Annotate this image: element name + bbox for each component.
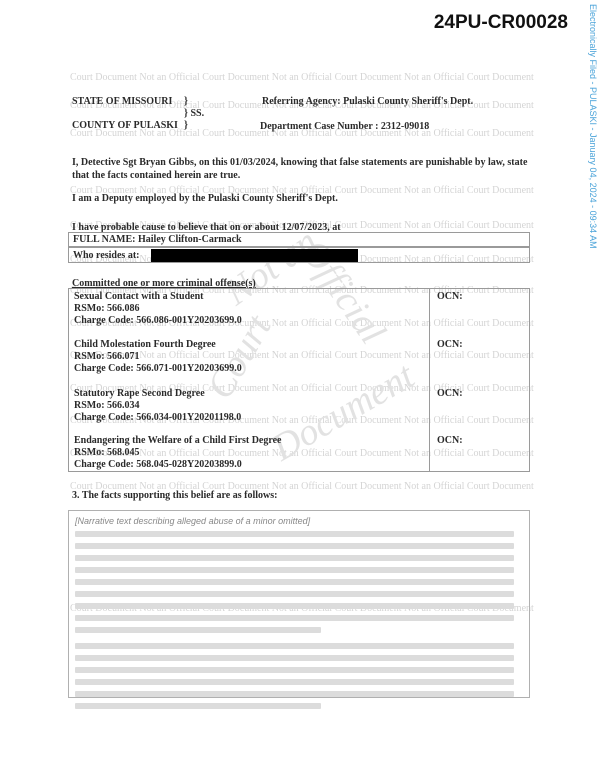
- referring-agency: Referring Agency: Pulaski County Sheriff…: [262, 96, 473, 107]
- charge-code: Charge Code: 566.071-001Y20203699.0: [74, 363, 424, 375]
- placeholder-line: [75, 655, 514, 661]
- column-divider: [429, 289, 430, 471]
- charge-title: Endangering the Welfare of a Child First…: [74, 435, 424, 447]
- full-name-row: FULL NAME: Hailey Clifton-Carmack: [68, 232, 530, 247]
- placeholder-line: [75, 531, 514, 537]
- placeholder-line: [75, 679, 514, 685]
- resides-label: Who resides at:: [73, 250, 139, 261]
- charge-title: Sexual Contact with a Student: [74, 291, 424, 303]
- placeholder-line: [75, 615, 514, 621]
- caption-bracket: }: [184, 96, 188, 107]
- charges-table: Sexual Contact with a Student RSMo: 566.…: [68, 288, 530, 472]
- efile-stamp: Electronically Filed - PULASKI - January…: [584, 4, 598, 276]
- charge-code: Charge Code: 566.034-001Y20201198.0: [74, 412, 424, 424]
- narrative-omitted-note: [Narrative text describing alleged abuse…: [75, 516, 523, 526]
- caption-bracket: }: [184, 120, 188, 131]
- redaction-bar: [151, 249, 358, 262]
- placeholder-line: [75, 627, 321, 633]
- ocn-label: OCN:: [437, 435, 463, 446]
- ocn-label: OCN:: [437, 339, 463, 350]
- charge-code: Charge Code: 566.086-001Y20203699.0: [74, 315, 424, 327]
- charge-rsmo: RSMo: 568.045: [74, 447, 424, 459]
- charge-rsmo: RSMo: 566.071: [74, 351, 424, 363]
- watermark-row: Court Document Not an Official Court Doc…: [70, 72, 540, 83]
- narrative-placeholder: [75, 531, 523, 709]
- case-number: 24PU-CR00028: [434, 12, 568, 34]
- placeholder-line: [75, 591, 514, 597]
- placeholder-line: [75, 667, 514, 673]
- placeholder-line: [75, 643, 514, 649]
- narrative-paragraph-placeholder: [75, 643, 523, 709]
- charge-code: Charge Code: 568.045-028Y20203899.0: [74, 459, 424, 471]
- charge-title: Statutory Rape Second Degree: [74, 388, 424, 400]
- charge-rsmo: RSMo: 566.086: [74, 303, 424, 315]
- charge-item: Child Molestation Fourth Degree RSMo: 56…: [74, 339, 424, 375]
- charge-item: Statutory Rape Second Degree RSMo: 566.0…: [74, 388, 424, 424]
- affiant-statement: I, Detective Sgt Bryan Gibbs, on this 01…: [72, 156, 532, 182]
- department-case-number: Department Case Number : 2312-09018: [260, 121, 429, 132]
- placeholder-line: [75, 543, 514, 549]
- facts-heading: 3. The facts supporting this belief are …: [72, 490, 277, 501]
- ocn-label: OCN:: [437, 388, 463, 399]
- affiant-employment: I am a Deputy employed by the Pulaski Co…: [72, 193, 338, 204]
- charge-rsmo: RSMo: 566.034: [74, 400, 424, 412]
- placeholder-line: [75, 567, 514, 573]
- charge-item: Endangering the Welfare of a Child First…: [74, 435, 424, 471]
- state-caption: STATE OF MISSOURI: [72, 96, 172, 107]
- county-caption: COUNTY OF PULASKI: [72, 120, 178, 131]
- placeholder-line: [75, 703, 321, 709]
- charge-item: Sexual Contact with a Student RSMo: 566.…: [74, 291, 424, 327]
- caption-ss: } SS.: [184, 108, 204, 119]
- residence-row: Who resides at:: [68, 247, 530, 263]
- ocn-label: OCN:: [437, 291, 463, 302]
- narrative-paragraph-placeholder: [75, 531, 523, 633]
- facts-narrative-box: [Narrative text describing alleged abuse…: [68, 510, 530, 698]
- charge-title: Child Molestation Fourth Degree: [74, 339, 424, 351]
- placeholder-line: [75, 579, 514, 585]
- full-name: FULL NAME: Hailey Clifton-Carmack: [73, 234, 242, 245]
- placeholder-line: [75, 691, 514, 697]
- placeholder-line: [75, 555, 514, 561]
- placeholder-line: [75, 603, 514, 609]
